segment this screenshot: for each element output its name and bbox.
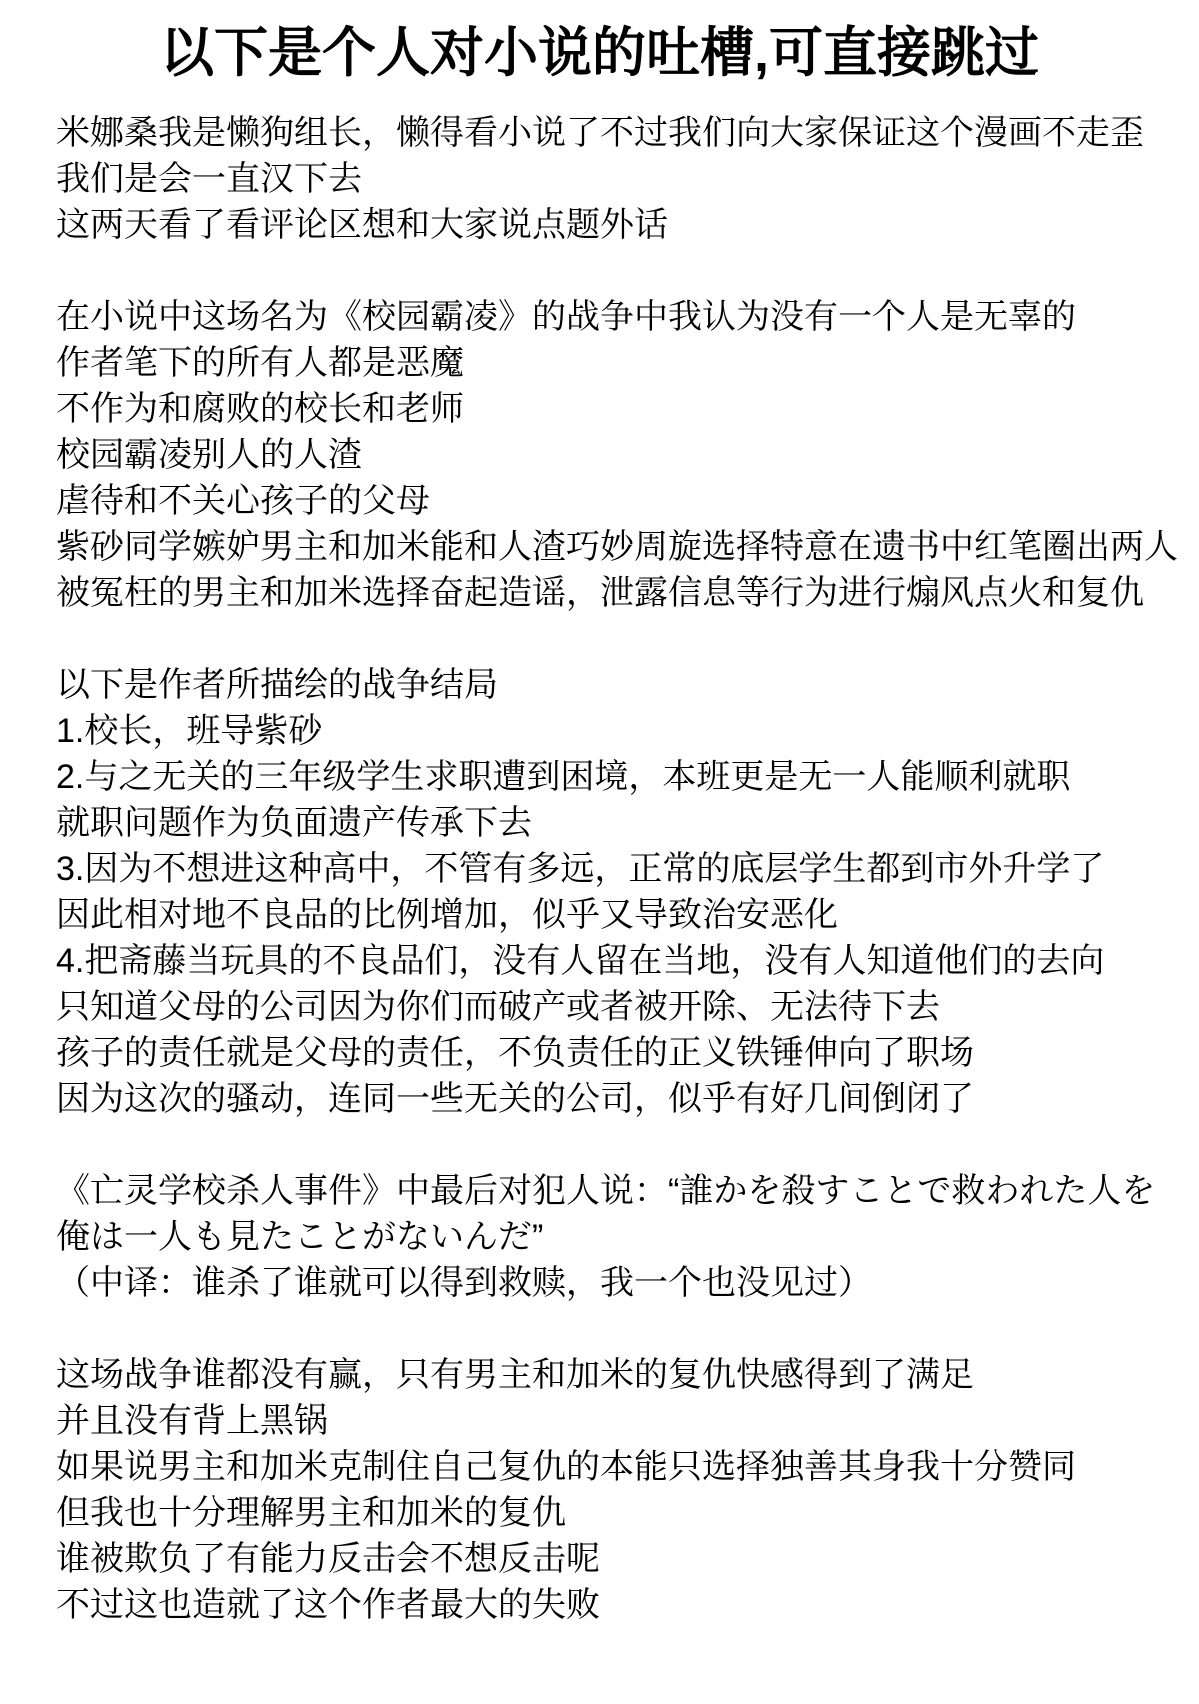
paragraph: 《亡灵学校杀人事件》中最后对犯人说：“誰かを殺すことで救われた人を俺は一人も見た… <box>56 1168 1169 1306</box>
page-title: 以下是个人对小说的吐槽,可直接跳过 <box>0 0 1199 84</box>
text-line: 就职问题作为负面遗产传承下去 <box>56 800 1169 846</box>
text-line: 被冤枉的男主和加米选择奋起造谣，泄露信息等行为进行煽风点火和复仇 <box>56 570 1169 616</box>
text-line: （中译：谁杀了谁就可以得到救赎，我一个也没见过） <box>56 1260 1169 1306</box>
text-line: 不过这也造就了这个作者最大的失败 <box>56 1582 1169 1628</box>
text-line: 虐待和不关心孩子的父母 <box>56 478 1169 524</box>
text-line: 如果说男主和加米克制住自己复仇的本能只选择独善其身我十分赞同 <box>56 1444 1169 1490</box>
text-line: 不作为和腐败的校长和老师 <box>56 386 1169 432</box>
text-line: 米娜桑我是懒狗组长，懒得看小说了不过我们向大家保证这个漫画不走歪 <box>56 110 1169 156</box>
translator-note-page: 以下是个人对小说的吐槽,可直接跳过 米娜桑我是懒狗组长，懒得看小说了不过我们向大… <box>0 0 1199 1704</box>
paragraph: 这场战争谁都没有赢，只有男主和加米的复仇快感得到了满足并且没有背上黑锅如果说男主… <box>56 1352 1169 1628</box>
text-line: 并且没有背上黑锅 <box>56 1398 1169 1444</box>
text-line: 因此相对地不良品的比例增加，似乎又导致治安恶化 <box>56 892 1169 938</box>
text-line: 4.把斋藤当玩具的不良品们，没有人留在当地，没有人知道他们的去向 <box>56 938 1169 984</box>
paragraph: 以下是作者所描绘的战争结局1.校长，班导紫砂2.与之无关的三年级学生求职遭到困境… <box>56 662 1169 1122</box>
text-line: 校园霸凌别人的人渣 <box>56 432 1169 478</box>
text-line: 但我也十分理解男主和加米的复仇 <box>56 1490 1169 1536</box>
text-line: 2.与之无关的三年级学生求职遭到困境，本班更是无一人能顺利就职 <box>56 754 1169 800</box>
text-line: 我们是会一直汉下去 <box>56 156 1169 202</box>
text-line: 孩子的责任就是父母的责任，不负责任的正义铁锤伸向了职场 <box>56 1030 1169 1076</box>
text-line: 作者笔下的所有人都是恶魔 <box>56 340 1169 386</box>
text-line: 1.校长，班导紫砂 <box>56 708 1169 754</box>
text-line: 《亡灵学校杀人事件》中最后对犯人说：“誰かを殺すことで救われた人を <box>56 1168 1169 1214</box>
text-line: 俺は一人も見たことがないんだ” <box>56 1214 1169 1260</box>
text-line: 紫砂同学嫉妒男主和加米能和人渣巧妙周旋选择特意在遗书中红笔圈出两人 <box>56 524 1169 570</box>
paragraph: 米娜桑我是懒狗组长，懒得看小说了不过我们向大家保证这个漫画不走歪我们是会一直汉下… <box>56 110 1169 248</box>
text-line: 只知道父母的公司因为你们而破产或者被开除、无法待下去 <box>56 984 1169 1030</box>
text-line: 这两天看了看评论区想和大家说点题外话 <box>56 202 1169 248</box>
text-line: 以下是作者所描绘的战争结局 <box>56 662 1169 708</box>
paragraph: 在小说中这场名为《校园霸凌》的战争中我认为没有一个人是无辜的作者笔下的所有人都是… <box>56 294 1169 616</box>
text-line: 3.因为不想进这种高中，不管有多远，正常的底层学生都到市外升学了 <box>56 846 1169 892</box>
text-line: 谁被欺负了有能力反击会不想反击呢 <box>56 1536 1169 1582</box>
note-body: 米娜桑我是懒狗组长，懒得看小说了不过我们向大家保证这个漫画不走歪我们是会一直汉下… <box>0 110 1199 1628</box>
text-line: 因为这次的骚动，连同一些无关的公司，似乎有好几间倒闭了 <box>56 1076 1169 1122</box>
text-line: 这场战争谁都没有赢，只有男主和加米的复仇快感得到了满足 <box>56 1352 1169 1398</box>
text-line: 在小说中这场名为《校园霸凌》的战争中我认为没有一个人是无辜的 <box>56 294 1169 340</box>
